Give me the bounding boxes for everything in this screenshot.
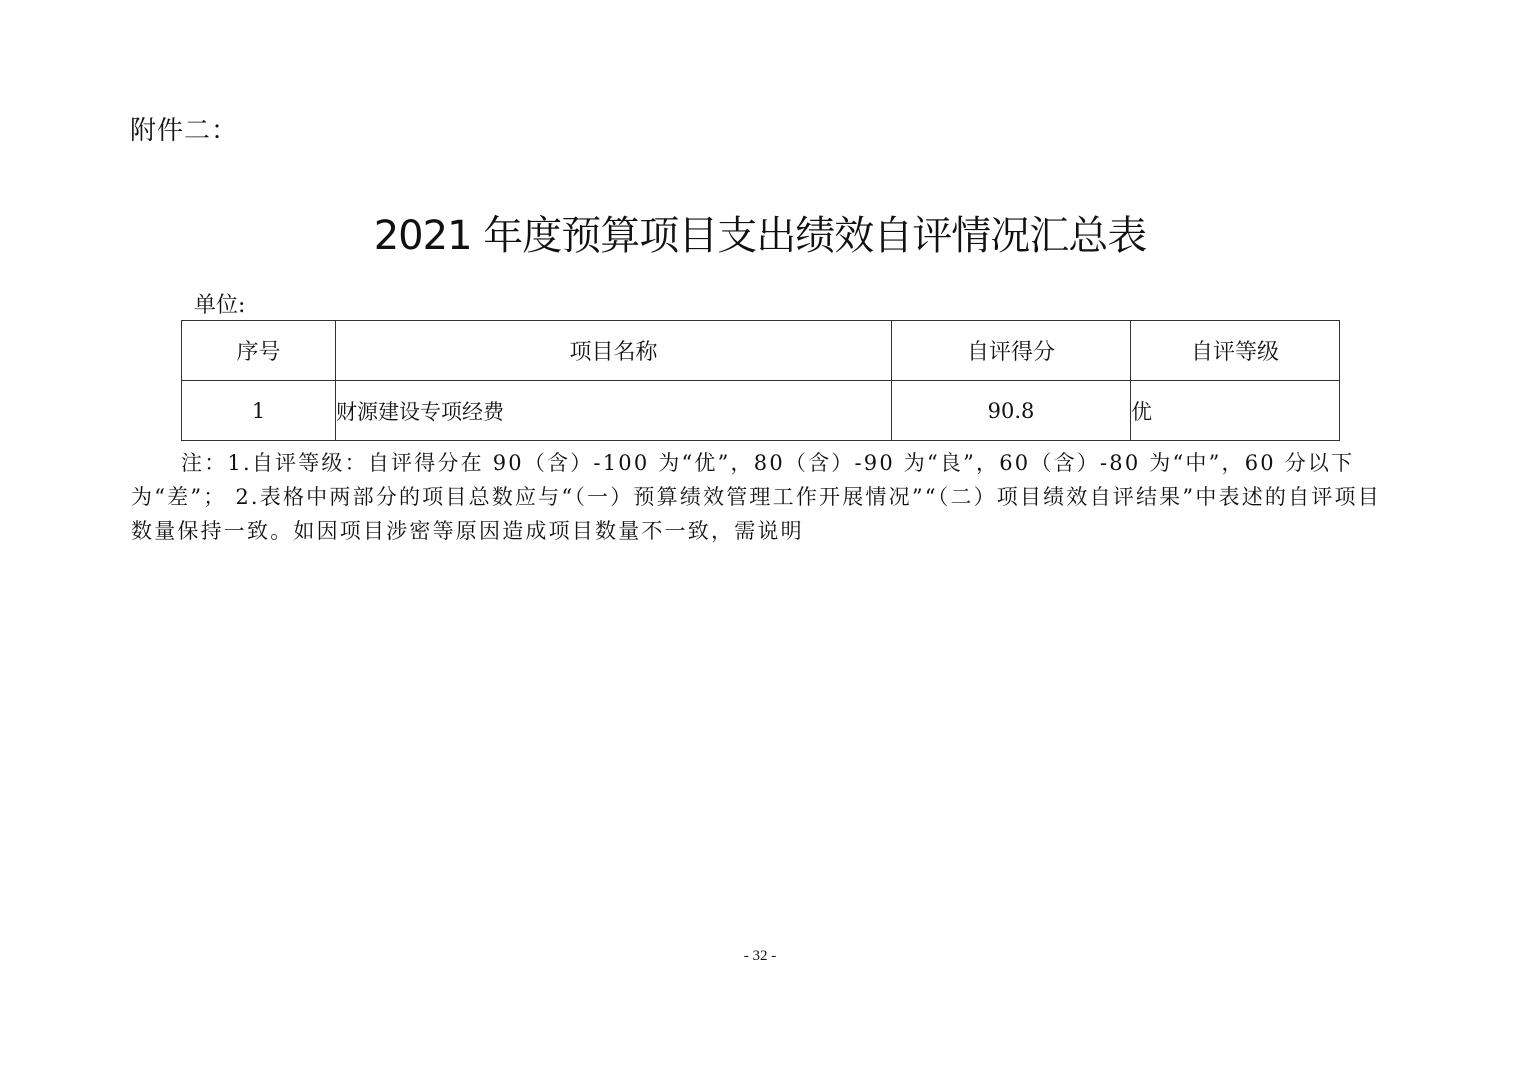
table-row: 1 财源建设专项经费 90.8 优	[182, 381, 1340, 441]
header-index: 序号	[182, 321, 336, 381]
cell-index: 1	[182, 381, 336, 441]
header-grade: 自评等级	[1131, 321, 1340, 381]
summary-table: 序号 项目名称 自评得分 自评等级 1 财源建设专项经费 90.8 优	[181, 320, 1340, 441]
cell-project-name: 财源建设专项经费	[336, 381, 892, 441]
cell-grade: 优	[1131, 381, 1340, 441]
header-score: 自评得分	[892, 321, 1131, 381]
page-title: 2021 年度预算项目支出绩效自评情况汇总表	[0, 204, 1520, 261]
unit-label: 单位:	[194, 288, 245, 319]
cell-score: 90.8	[892, 381, 1131, 441]
table-notes: 注：1.自评等级：自评得分在 90（含）-100 为“优”，80（含）-90 为…	[131, 446, 1381, 548]
attachment-label: 附件二：	[130, 110, 238, 147]
page-number: - 32 -	[0, 948, 1520, 965]
header-project-name: 项目名称	[336, 321, 892, 381]
table-header-row: 序号 项目名称 自评得分 自评等级	[182, 321, 1340, 381]
